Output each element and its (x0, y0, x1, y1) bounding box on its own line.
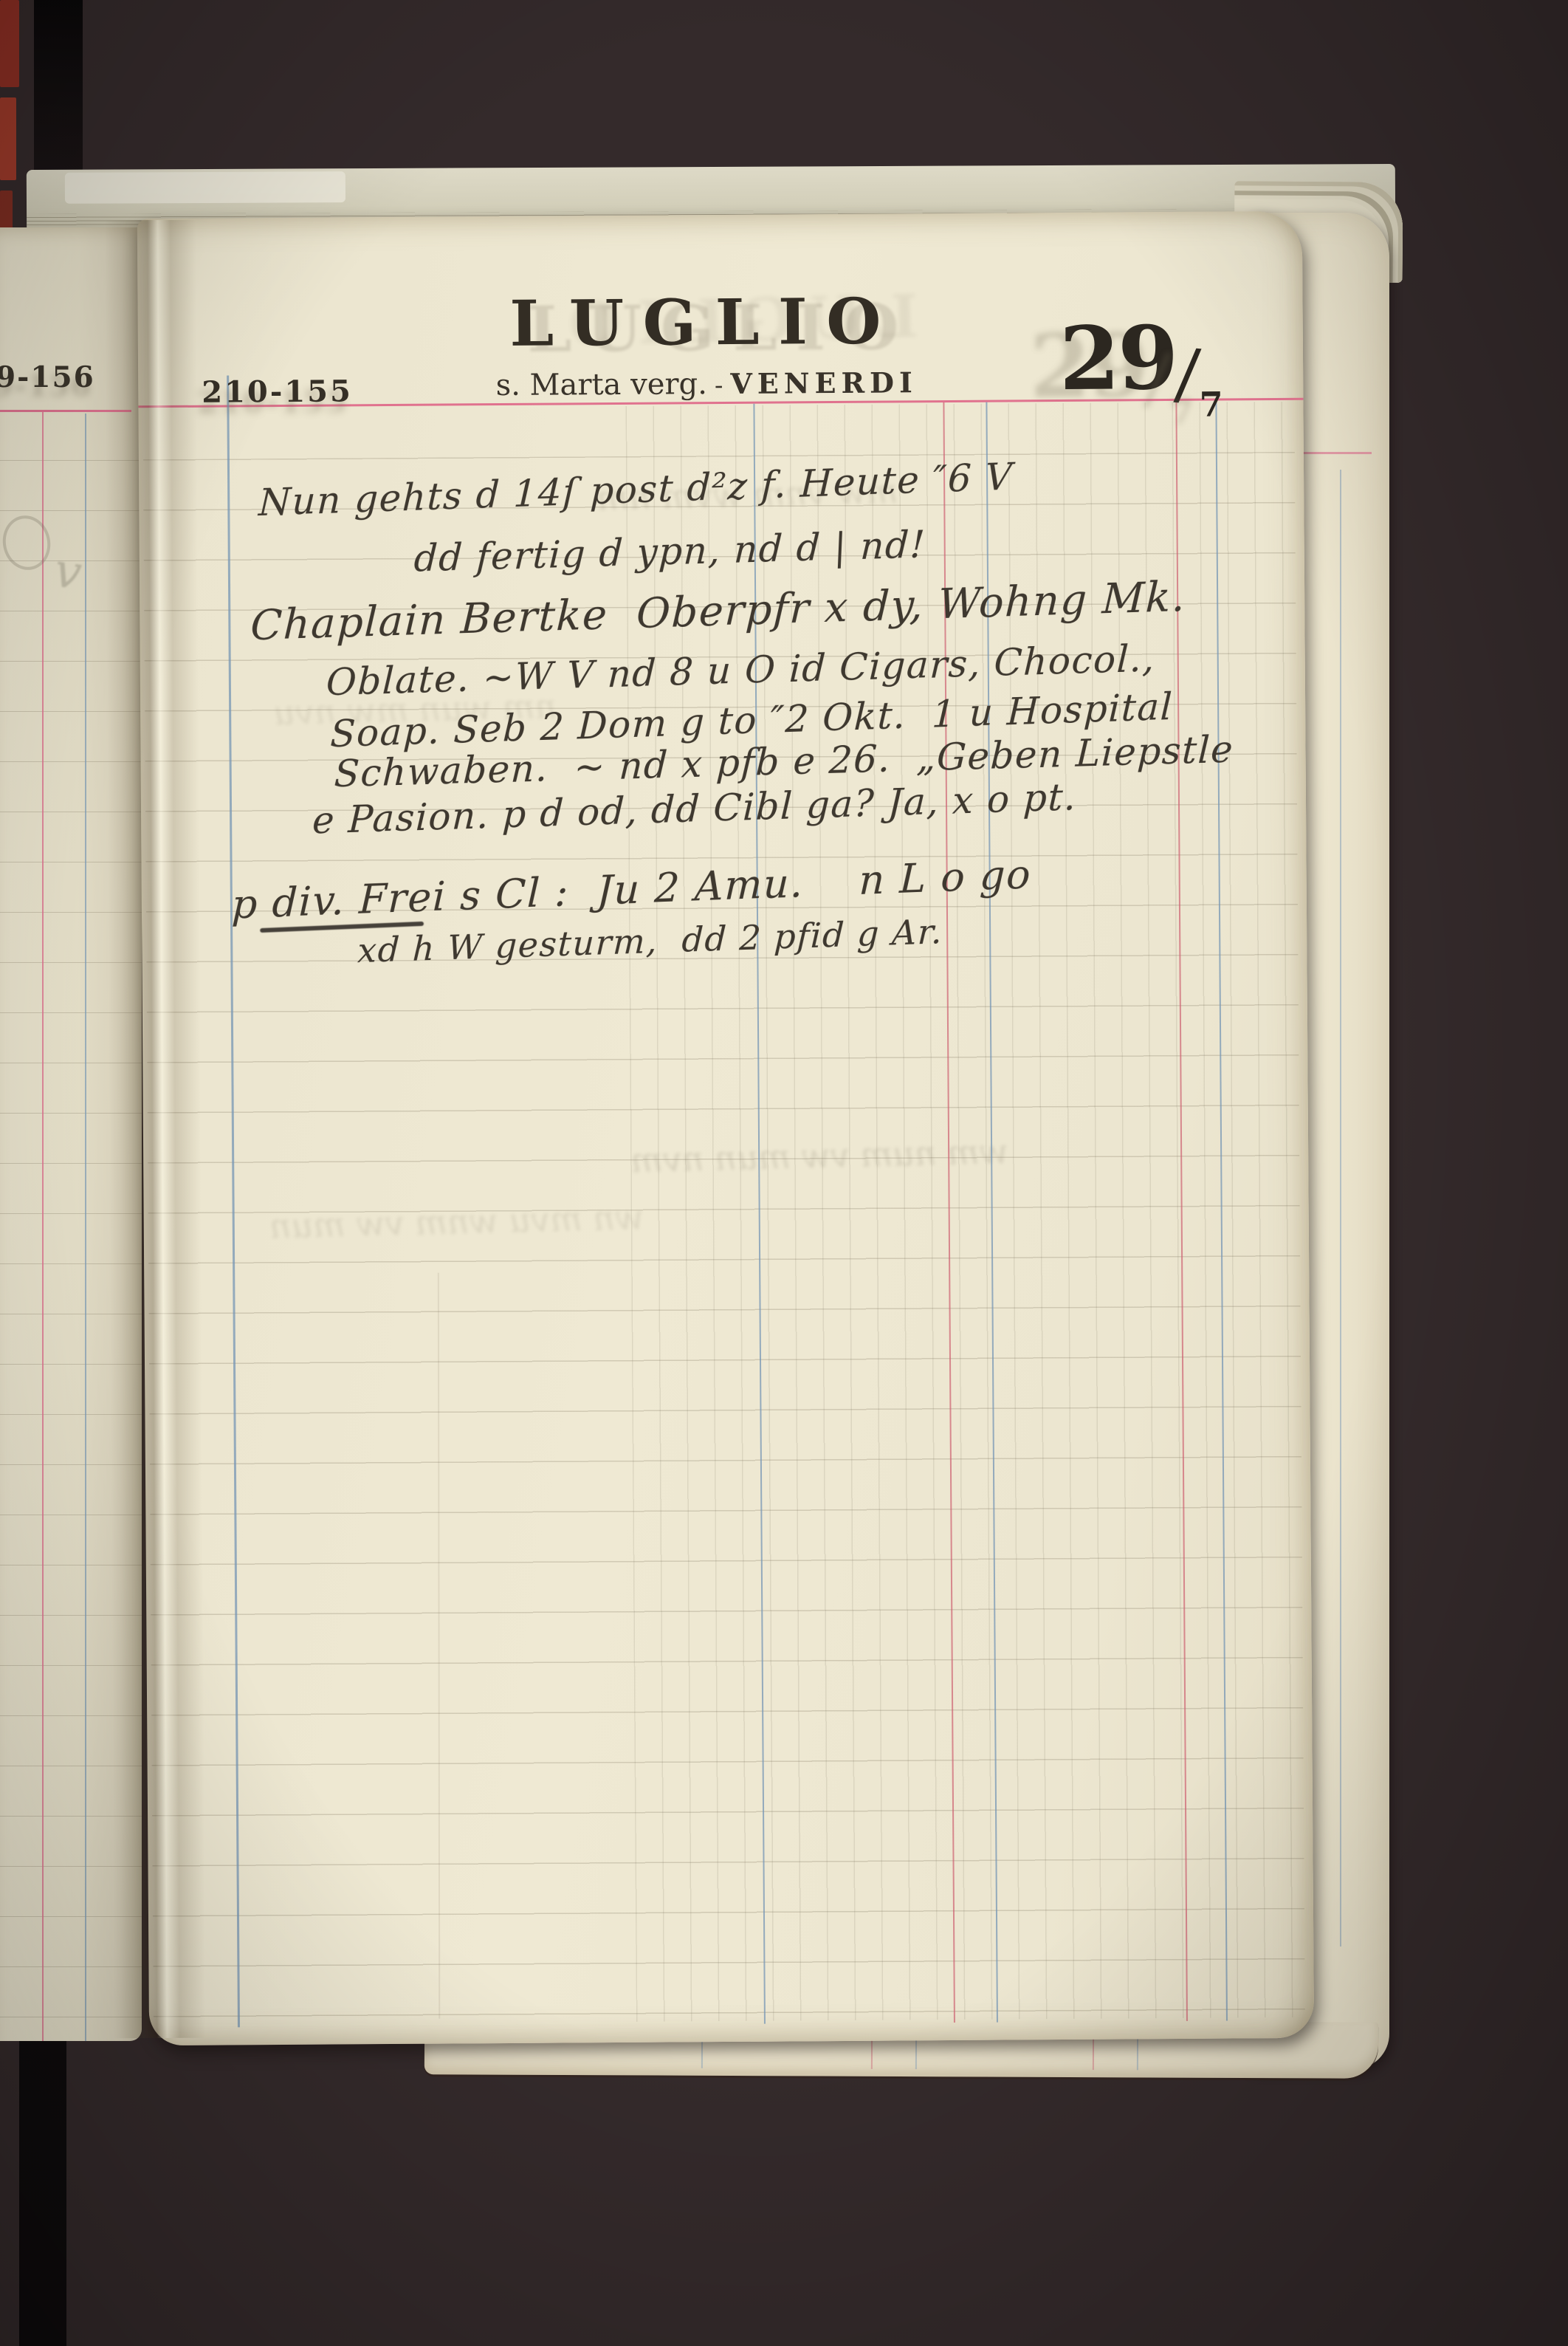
cover-spine-edge-top (34, 0, 83, 176)
diary-page: LUGLIO mw vnm wvm nm nm wun mw nvu wm nu… (137, 211, 1314, 2045)
next-page-blue-rule (1340, 470, 1341, 1947)
red-page-edge-mark (0, 0, 19, 87)
page-code: 210-155 (202, 374, 353, 409)
day-number: 29 (1059, 306, 1177, 410)
left-page-pink-header-rule (0, 410, 131, 412)
weekday-label: VENERDI (730, 366, 918, 400)
day-date-group: 29/7 (1059, 306, 1223, 410)
left-page-blue-margin-rule (85, 414, 86, 2041)
saint-and-weekday-row: s. Marta verg.-VENERDI (448, 366, 965, 403)
left-page-pink-margin-rule (42, 411, 44, 2041)
left-page-fragment: 9-156 v (0, 227, 142, 2041)
separator-dash: - (707, 371, 731, 400)
month-number: 7 (1199, 385, 1223, 425)
cover-spine-edge-bottom (19, 2032, 66, 2346)
saint-of-day: s. Marta verg. (495, 367, 707, 402)
left-page-horizontal-rules (0, 460, 142, 2035)
date-slash: / (1172, 334, 1203, 415)
red-page-edge-mark (0, 97, 16, 180)
diary-scan-canvas: 9-156 v LUGLIO mw vnm wvm nm nm wun mw n… (0, 0, 1568, 2346)
month-title: LUGLIO (372, 284, 1037, 362)
page-stack-highlight (65, 171, 345, 204)
left-page-code: 9-156 (0, 360, 95, 394)
